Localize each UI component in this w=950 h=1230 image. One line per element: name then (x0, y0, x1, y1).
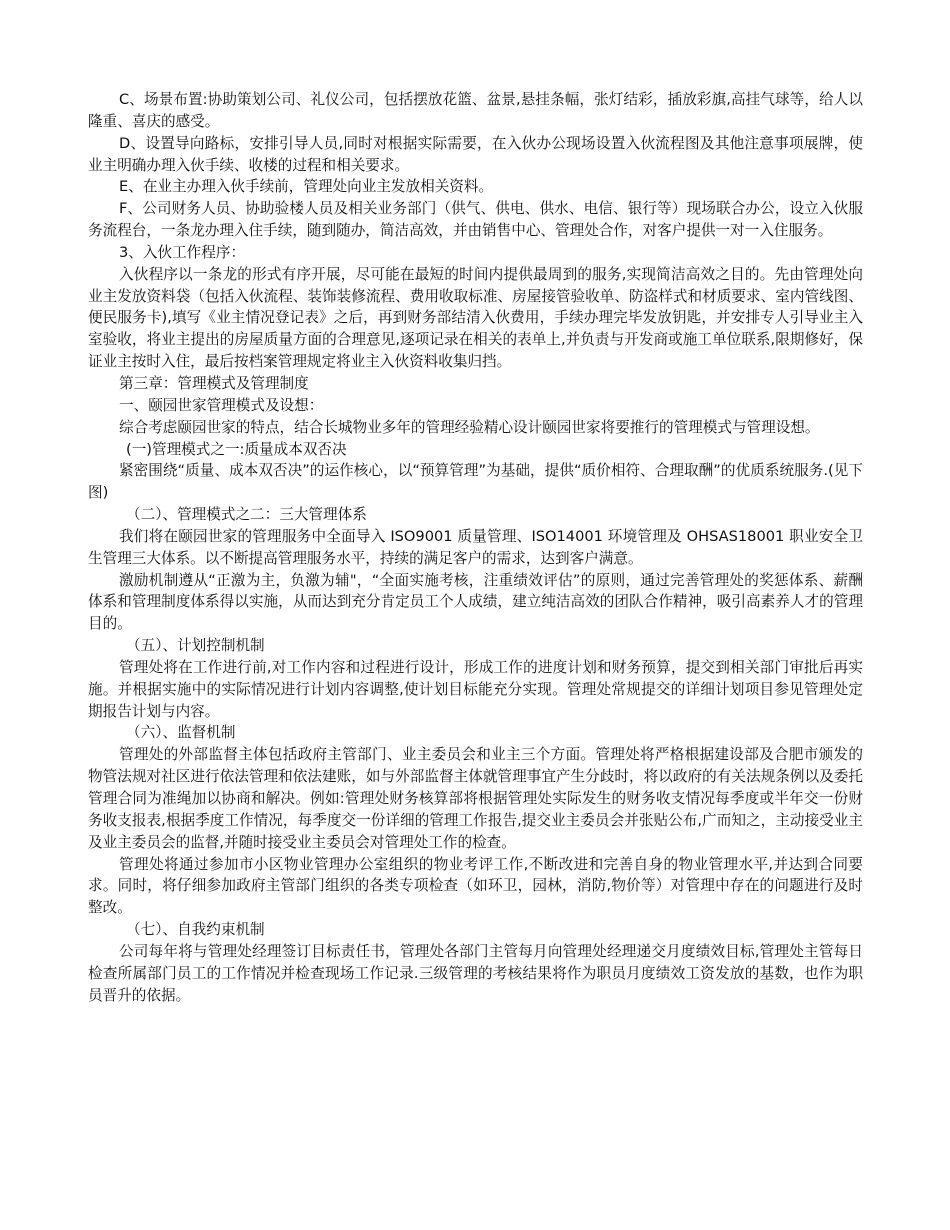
paragraph-incentive-mechanism: 激励机制遵从“正激为主，负激为辅"，“全面实施考核，注重绩效评估”的原则，通过完… (88, 570, 863, 636)
subheading-plan-control: （五）、计划控制机制 (88, 635, 863, 657)
paragraph-plan-control: 管理处将在工作进行前,对工作内容和过程进行设计，形成工作的进度计划和财务预算，提… (88, 657, 863, 723)
paragraph-quality-cost: 紧密围绕“质量、成本双否决”的运作核心，以“预算管理”为基础，提供“质价相符、合… (88, 460, 863, 504)
paragraph-iso-systems: 我们将在颐园世家的管理服务中全面导入 ISO9001 质量管理、ISO14001… (88, 526, 863, 570)
section-heading-move-in-procedure: 3、入伙工作程序： (88, 242, 863, 264)
subheading-model-1: (一)管理模式之一:质量成本双否决 (88, 439, 863, 461)
paragraph-move-in-procedure: 入伙程序以一条龙的形式有序开展，尽可能在最短的时间内提供最周到的服务,实现简洁高… (88, 264, 863, 373)
paragraph-management-overview: 综合考虑颐园世家的特点，结合长城物业多年的管理经验精心设计颐园世家将要推行的管理… (88, 417, 863, 439)
subheading-self-discipline: （七）、自我约束机制 (88, 919, 863, 941)
chapter-heading-3: 第三章：管理模式及管理制度 (88, 373, 863, 395)
subheading-model-2: （二）、管理模式之二：三大管理体系 (88, 504, 863, 526)
paragraph-item-f-joint-office: F、公司财务人员、协助验楼人员及相关业务部门（供气、供电、供水、电信、银行等）现… (88, 198, 863, 242)
paragraph-self-discipline: 公司每年将与管理处经理签订目标责任书，管理处各部门主管每月向管理处经理递交月度绩… (88, 941, 863, 1007)
paragraph-item-c-scene-setup: C、场景布置:协助策划公司、礼仪公司，包括摆放花篮、盆景,悬挂条幅，张灯结彩，插… (88, 89, 863, 133)
section-heading-management-model: 一、颐园世家管理模式及设想： (88, 395, 863, 417)
document-page: C、场景布置:协助策划公司、礼仪公司，包括摆放花篮、盆景,悬挂条幅，张灯结彩，插… (88, 89, 863, 1006)
paragraph-inspections: 管理处将通过参加市小区物业管理办公室组织的物业考评工作,不断改进和完善自身的物业… (88, 854, 863, 920)
paragraph-item-d-signage: D、设置导向路标，安排引导人员,同时对根据实际需要，在入伙办公现场设置入伙流程图… (88, 133, 863, 177)
subheading-supervision: （六）、监督机制 (88, 722, 863, 744)
paragraph-item-e-materials: E、在业主办理入伙手续前，管理处向业主发放相关资料。 (88, 176, 863, 198)
paragraph-external-supervision: 管理处的外部监督主体包括政府主管部门、业主委员会和业主三个方面。管理处将严格根据… (88, 744, 863, 853)
